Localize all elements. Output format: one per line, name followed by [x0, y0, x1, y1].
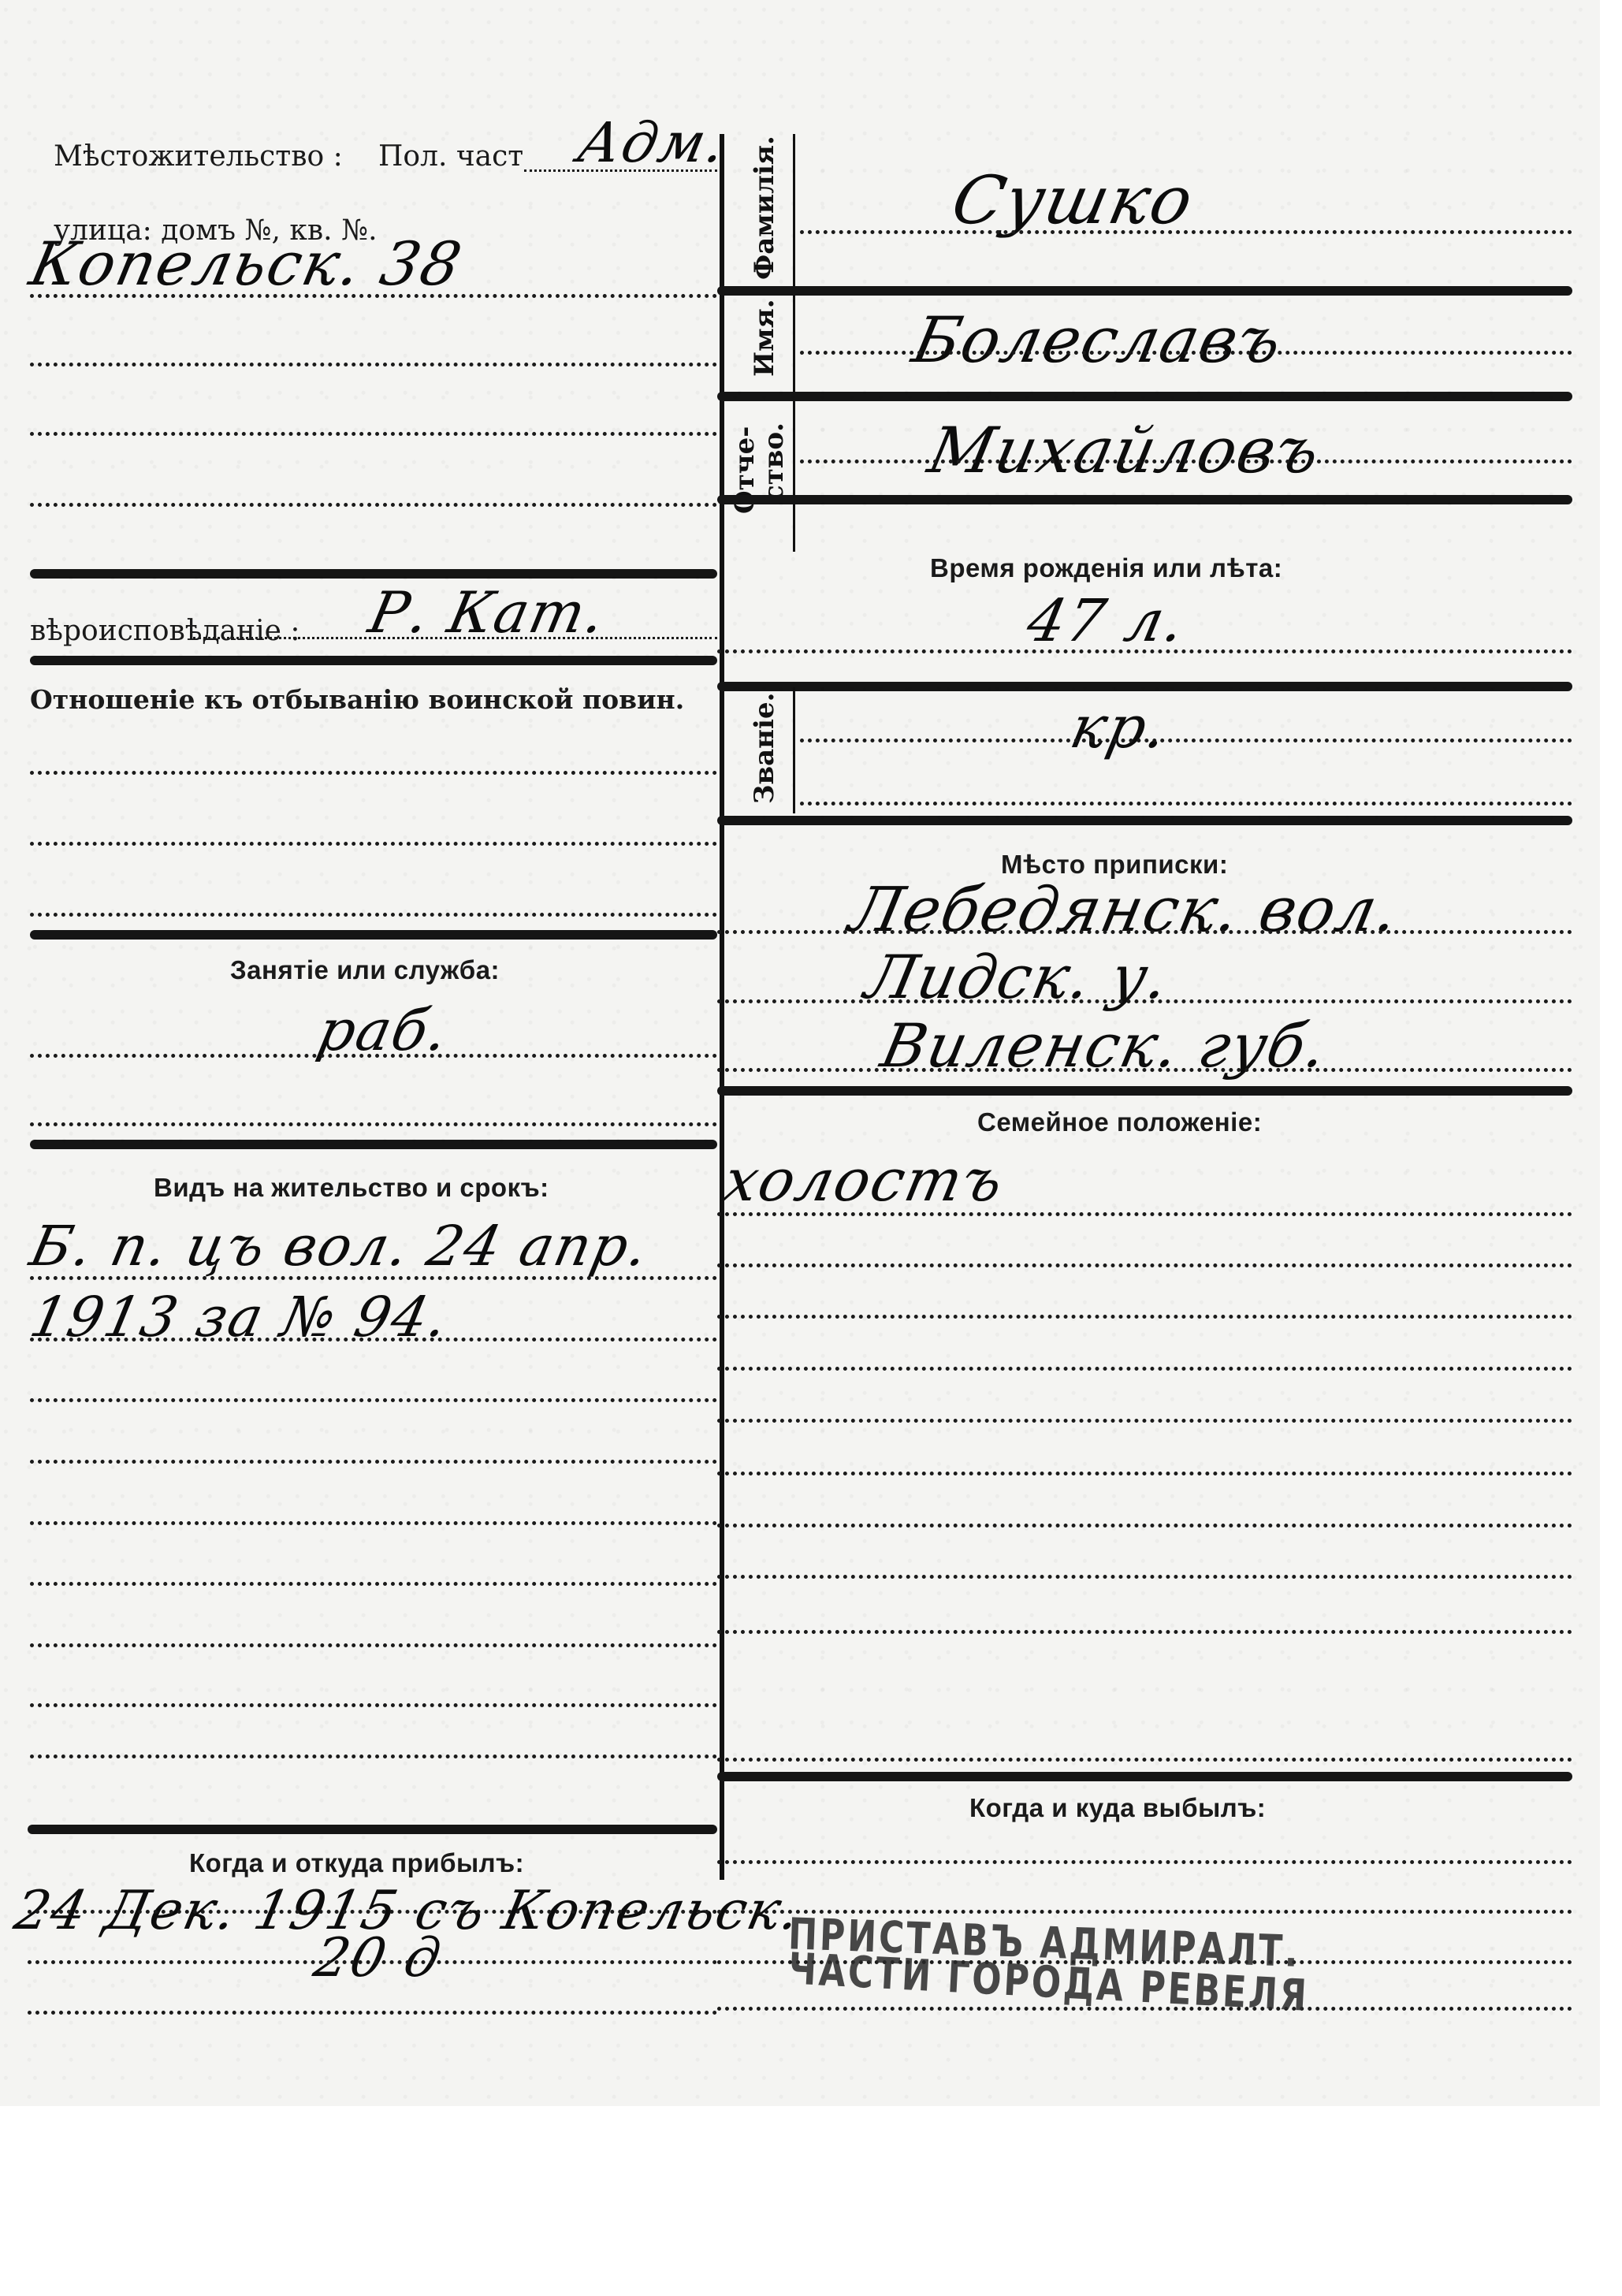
permit-line-7	[30, 1643, 717, 1647]
permit-line-4	[30, 1460, 717, 1464]
left-rule-1	[30, 569, 717, 579]
permit-line-8	[30, 1703, 717, 1707]
military-service-label: Отношеніе къ отбыванію воинской повин.	[30, 684, 684, 715]
right-rule-1	[717, 286, 1572, 296]
surname-line	[800, 230, 1572, 234]
permit-line-3	[30, 1398, 717, 1402]
marital-line-5	[717, 1419, 1572, 1423]
departure-label: Когда и куда выбылъ:	[969, 1793, 1266, 1823]
rank-value[interactable]: кр.	[1065, 694, 1174, 761]
marital-line-6	[717, 1472, 1572, 1475]
left-rule-3	[30, 930, 717, 940]
arrival-line-1	[28, 1910, 717, 1914]
marital-line-4	[717, 1367, 1572, 1371]
first-name-label: Имя.	[749, 299, 780, 377]
departure-line-1	[717, 1860, 1572, 1864]
marital-line-10	[717, 1758, 1572, 1762]
first-name-value[interactable]: Болеславъ	[906, 303, 1289, 377]
military-line-1	[30, 771, 717, 775]
arrival-label: Когда и откуда прибылъ:	[189, 1848, 524, 1878]
right-rule-6	[717, 1086, 1572, 1096]
marital-line-8	[717, 1575, 1572, 1579]
police-district-value[interactable]: Адм.	[572, 110, 732, 175]
marital-line-3	[717, 1315, 1572, 1319]
birth-label: Время рожденія или лѣта:	[930, 553, 1282, 583]
left-line-1	[30, 294, 717, 298]
left-line-2	[30, 363, 717, 367]
left-rule-2	[30, 656, 717, 665]
marital-line-1	[717, 1212, 1572, 1216]
military-line-3	[30, 913, 717, 917]
right-rule-3	[717, 495, 1572, 504]
right-rule-5	[717, 816, 1572, 825]
residence-label: Мѣстожительство :	[54, 140, 343, 173]
right-rule-2	[717, 392, 1572, 401]
registration-line-2	[717, 999, 1572, 1003]
left-line-3	[30, 432, 717, 436]
police-district-label: Пол. част	[378, 140, 523, 173]
arrival-value-line2[interactable]: 20 д	[309, 1927, 448, 1989]
birth-line	[717, 649, 1572, 653]
permit-line-1	[30, 1276, 717, 1280]
street-value[interactable]: Копельск. 38	[24, 229, 469, 299]
surname-value[interactable]: Сушко	[946, 162, 1201, 239]
permit-line-2	[30, 1338, 717, 1342]
occupation-line-2	[30, 1122, 717, 1126]
religion-value[interactable]: Р. Кат.	[363, 579, 612, 646]
marital-line-2	[717, 1263, 1572, 1267]
occupation-label: Занятіе или служба:	[230, 955, 500, 985]
left-rule-5	[28, 1825, 717, 1834]
marital-value[interactable]: холостъ	[718, 1147, 1010, 1215]
registration-card: Мѣстожительство : Пол. част Адм. улица: …	[0, 0, 1600, 2106]
registration-line-3	[717, 1068, 1572, 1072]
left-rule-4	[30, 1140, 717, 1149]
registration-value-line1[interactable]: Лебедянск. вол.	[843, 875, 1405, 946]
birth-value[interactable]: 47 л.	[1021, 587, 1192, 655]
patronymic-label-line2: ство.	[758, 422, 790, 501]
label-column-divider-rank	[793, 687, 795, 813]
label-column-divider-top	[793, 134, 795, 552]
rank-line-1	[800, 739, 1572, 742]
marital-line-7	[717, 1524, 1572, 1528]
permit-line-9	[30, 1755, 717, 1758]
patronymic-line	[800, 460, 1572, 463]
residence-permit-label: Видъ на жительство и срокъ:	[154, 1173, 549, 1203]
arrival-line-3	[28, 2011, 717, 2015]
first-name-line	[800, 351, 1572, 355]
registration-line-1	[717, 930, 1572, 934]
occupation-line-1	[30, 1054, 717, 1058]
military-line-2	[30, 842, 717, 846]
right-rule-7	[717, 1772, 1572, 1781]
religion-label: вѣроисповѣданіе :	[30, 615, 300, 647]
residence-permit-value-line1[interactable]: Б. п. цъ вол. 24 апр.	[24, 1214, 655, 1278]
arrival-line-2	[28, 1960, 717, 1964]
permit-line-5	[30, 1521, 717, 1525]
patronymic-value[interactable]: Михайловъ	[922, 414, 1328, 487]
marital-line-9	[717, 1630, 1572, 1634]
left-line-4	[30, 503, 717, 507]
rank-line-2	[800, 802, 1572, 806]
permit-line-6	[30, 1582, 717, 1586]
right-rule-4	[717, 682, 1572, 691]
surname-label: Фамилія.	[749, 136, 780, 280]
marital-label: Семейное положеніе:	[977, 1107, 1262, 1137]
rank-label: Званіе.	[749, 693, 780, 804]
